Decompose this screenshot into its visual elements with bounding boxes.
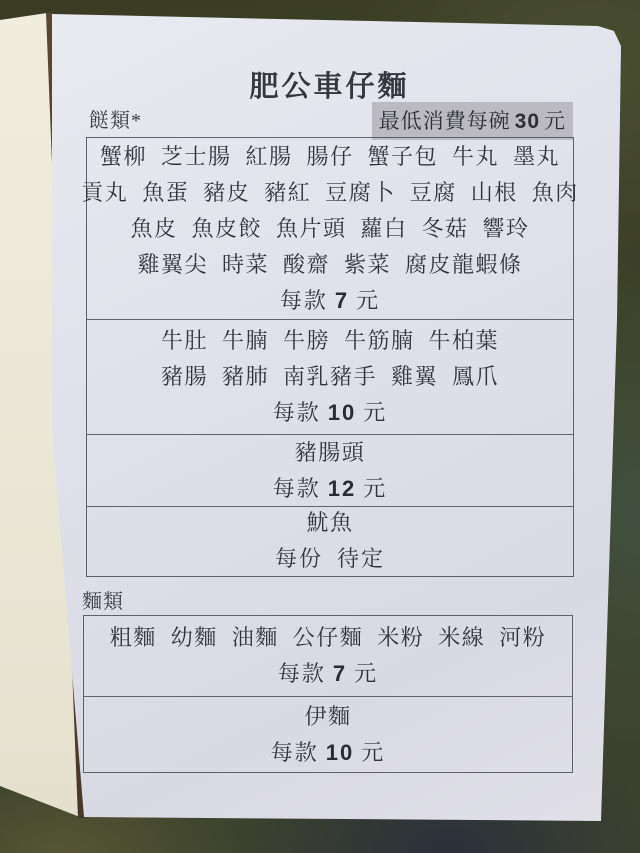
dish-items-line: 豬腸頭 [295, 435, 366, 471]
menu-page: 肥公車仔麵 餸類* 最低消費每碗30元 蟹柳 芝士腸 紅腸 腸仔 蟹子包 牛丸 … [0, 0, 640, 853]
price-amount: 7 [333, 661, 347, 686]
price-prefix: 每份 [275, 546, 323, 571]
min-charge-suffix: 元 [544, 109, 566, 133]
dishes-table: 蟹柳 芝士腸 紅腸 腸仔 蟹子包 牛丸 墨丸 貢丸 魚蛋 豬皮 豬紅 豆腐卜 豆… [86, 137, 574, 577]
noodles-row-10: 伊麵 每款10元 [84, 696, 572, 772]
price-line: 每款10元 [271, 735, 386, 771]
price-prefix: 每款 [273, 476, 321, 501]
price-amount: 10 [328, 400, 356, 425]
noodles-table: 粗麵 幼麵 油麵 公仔麵 米粉 米線 河粉 每款7元 伊麵 每款10元 [83, 615, 573, 773]
price-suffix: 元 [356, 288, 380, 313]
noodle-items-line: 伊麵 [304, 699, 351, 735]
price-prefix: 每款 [278, 661, 326, 686]
price-amount: 10 [326, 740, 354, 765]
dish-items-line: 雞翼尖 時菜 酸齋 紫菜 腐皮龍蝦條 [137, 247, 522, 283]
min-charge-prefix: 最低消費每碗 [379, 109, 511, 133]
price-amount: 12 [328, 476, 356, 501]
dish-items-line: 蟹柳 芝士腸 紅腸 腸仔 蟹子包 牛丸 墨丸 [100, 139, 560, 175]
price-line: 每款12元 [273, 471, 388, 507]
price-prefix: 每款 [271, 740, 319, 765]
dish-items-line: 貢丸 魚蛋 豬皮 豬紅 豆腐卜 豆腐 山根 魚肉 [81, 175, 579, 211]
dishes-row-tbd: 魷魚 每份待定 [87, 506, 573, 575]
price-line: 每款7元 [280, 283, 380, 319]
noodle-items-line: 粗麵 幼麵 油麵 公仔麵 米粉 米線 河粉 [110, 620, 547, 656]
dish-items-line: 魚皮 魚皮餃 魚片頭 蘿白 冬菇 響玲 [130, 211, 529, 247]
menu-title: 肥公車仔麵 [86, 64, 573, 105]
min-charge-highlight: 最低消費每碗30元 [372, 102, 573, 140]
price-suffix: 元 [363, 476, 387, 501]
price-prefix: 每款 [280, 288, 328, 313]
photo-background: 肥公車仔麵 餸類* 最低消費每碗30元 蟹柳 芝士腸 紅腸 腸仔 蟹子包 牛丸 … [0, 0, 640, 853]
dish-items-line: 魷魚 [306, 505, 353, 541]
dishes-row-10: 牛肚 牛腩 牛膀 牛筋腩 牛柏葉 豬腸 豬肺 南乳豬手 雞翼 鳳爪 每款10元 [87, 319, 573, 434]
price-line: 每款10元 [273, 395, 388, 431]
price-suffix: 元 [361, 740, 385, 765]
price-suffix: 元 [363, 400, 387, 425]
price-line: 每份待定 [275, 541, 385, 577]
noodles-category-label: 麵類 [82, 585, 124, 614]
price-suffix: 元 [354, 661, 378, 686]
min-charge-row: 最低消費每碗30元 [86, 102, 573, 140]
dish-items-line: 牛肚 牛腩 牛膀 牛筋腩 牛柏葉 [161, 323, 499, 359]
dishes-row-7: 蟹柳 芝士腸 紅腸 腸仔 蟹子包 牛丸 墨丸 貢丸 魚蛋 豬皮 豬紅 豆腐卜 豆… [87, 138, 573, 319]
min-charge-amount: 30 [515, 110, 540, 133]
price-suffix: 待定 [337, 546, 385, 571]
dish-items-line: 豬腸 豬肺 南乳豬手 雞翼 鳳爪 [161, 359, 499, 395]
price-prefix: 每款 [273, 400, 321, 425]
price-line: 每款7元 [278, 656, 378, 692]
price-amount: 7 [335, 288, 349, 313]
dishes-row-12: 豬腸頭 每款12元 [87, 434, 573, 506]
noodles-row-7: 粗麵 幼麵 油麵 公仔麵 米粉 米線 河粉 每款7元 [84, 616, 572, 696]
